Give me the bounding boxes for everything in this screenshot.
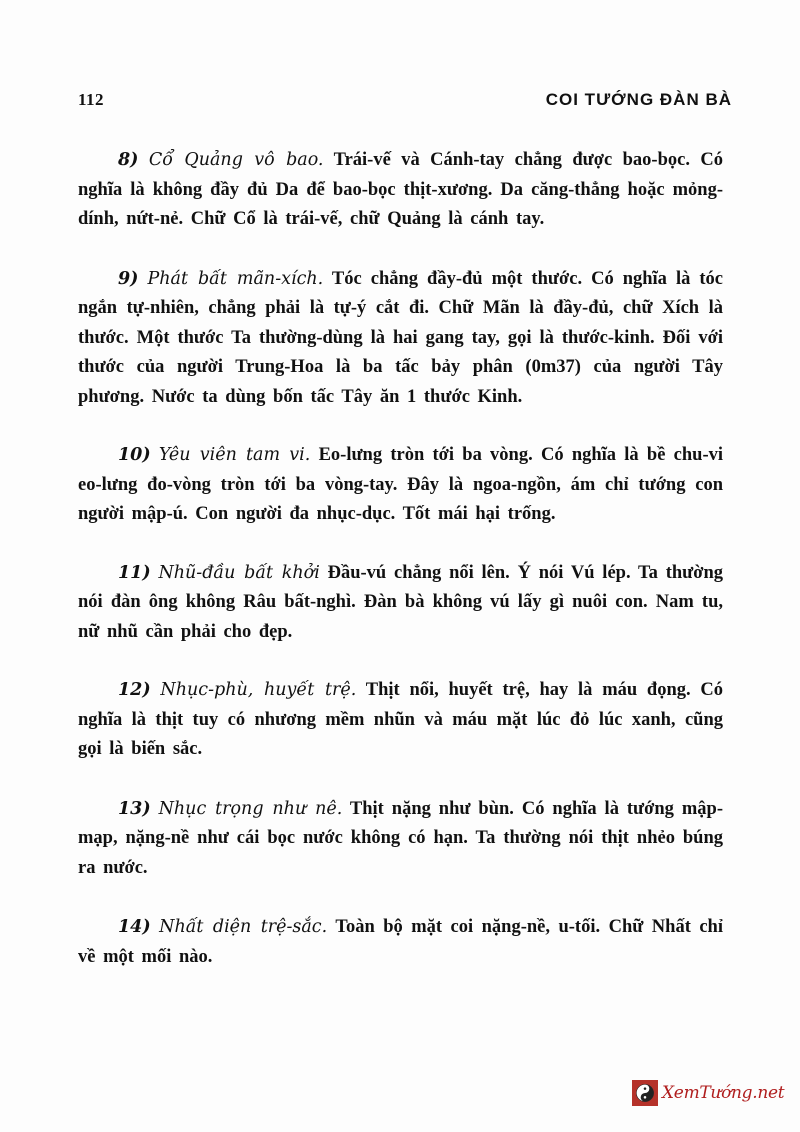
- entry-8: 8) Cổ Quảng vô bao. Trái-vế và Cánh-tay …: [78, 146, 723, 235]
- entry-number: 13): [118, 799, 151, 819]
- watermark-site-name: XemTướng.net: [662, 1083, 784, 1103]
- entry-term: Phát bất mãn-xích.: [148, 269, 324, 289]
- book-page: 112 COI TƯỚNG ĐÀN BÀ 8) Cổ Quảng vô bao.…: [0, 0, 800, 1132]
- entry-number: 11): [118, 563, 151, 583]
- entry-number: 14): [118, 917, 151, 937]
- entry-13: 13) Nhục trọng như nê. Thịt nặng như bùn…: [78, 795, 723, 884]
- entry-number: 8): [118, 150, 138, 170]
- entry-term: Nhục trọng như nê.: [159, 799, 343, 819]
- entry-term: Nhũ-đầu bất khởi: [158, 563, 319, 583]
- entry-term: Cổ Quảng vô bao.: [149, 150, 324, 170]
- entry-number: 12): [118, 680, 151, 700]
- entry-11: 11) Nhũ-đầu bất khởi Đầu-vú chẳng nổi lê…: [78, 559, 723, 648]
- running-header: 112 COI TƯỚNG ĐÀN BÀ: [78, 90, 732, 110]
- entry-text: Tóc chẳng đầy-đủ một thước. Có nghĩa là …: [78, 269, 723, 407]
- entry-12: 12) Nhục-phù, huyết trệ. Thịt nổi, huyết…: [78, 676, 723, 765]
- book-title: COI TƯỚNG ĐÀN BÀ: [546, 90, 732, 110]
- watermark-logo: [632, 1080, 658, 1106]
- watermark-link[interactable]: XemTướng.net: [632, 1080, 784, 1106]
- entry-number: 10): [118, 445, 151, 465]
- entry-term: Nhất diện trệ-sắc.: [159, 917, 327, 937]
- entry-term: Yêu viên tam vi.: [159, 445, 310, 465]
- page-number: 112: [78, 90, 104, 110]
- entry-number: 9): [118, 269, 138, 289]
- entry-9: 9) Phát bất mãn-xích. Tóc chẳng đầy-đủ m…: [78, 265, 723, 413]
- yin-yang-icon: [636, 1084, 654, 1102]
- entry-term: Nhục-phù, huyết trệ.: [160, 680, 356, 700]
- entry-14: 14) Nhất diện trệ-sắc. Toàn bộ mặt coi n…: [78, 913, 723, 972]
- entry-10: 10) Yêu viên tam vi. Eo-lưng tròn tới ba…: [78, 441, 723, 530]
- body-text: 8) Cổ Quảng vô bao. Trái-vế và Cánh-tay …: [78, 146, 723, 998]
